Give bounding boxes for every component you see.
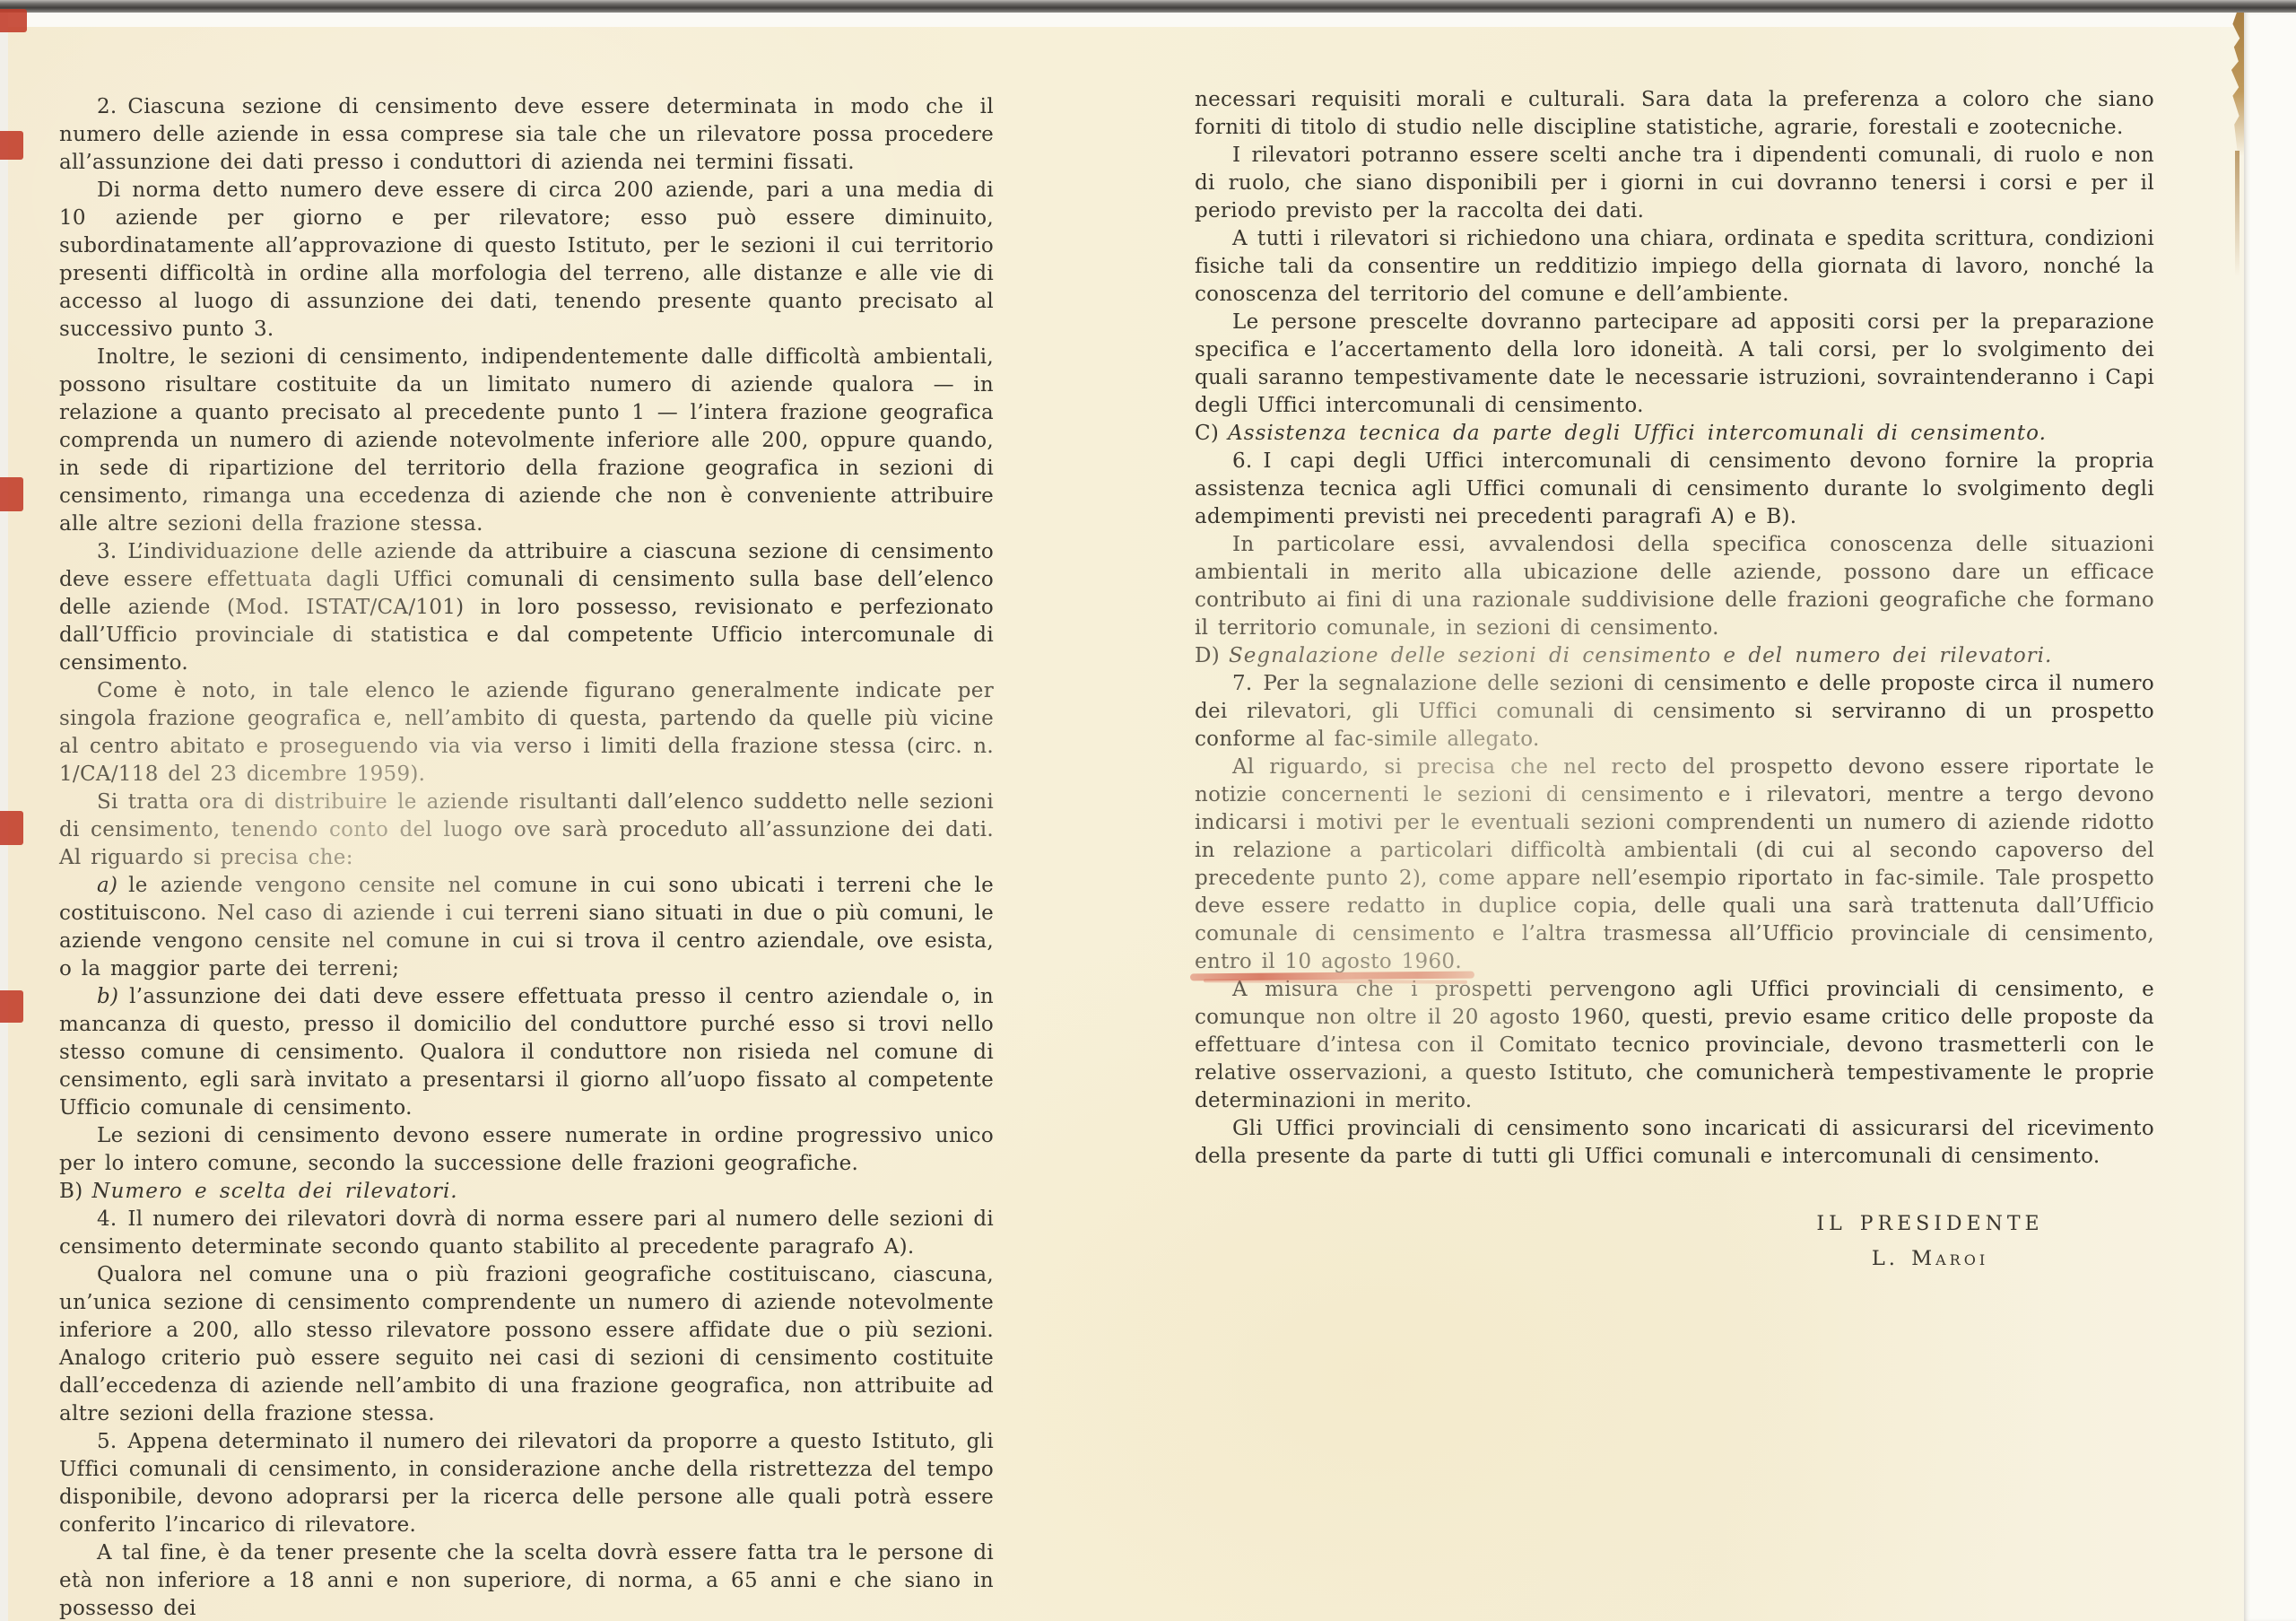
section-c-label: C) [1195,422,1219,445]
paragraph-6-particolare: In particolare essi, avvalendosi della s… [1195,531,2154,642]
paragraph-4-qualora: Qualora nel comune una o più frazioni ge… [59,1261,994,1428]
paragraph-tutti: A tutti i rilevatori si richiedono una c… [1195,225,2154,309]
signature-block: IL PRESIDENTE L. Maroi [1769,1210,2092,1273]
paragraph-2: 2. Ciascuna sezione di censimento deve e… [59,93,994,177]
section-c-title: Assistenza tecnica da parte degli Uffici… [1228,422,2047,445]
red-edge-mark [0,477,23,511]
paragraph-3-sezioni: Le sezioni di censimento devono essere n… [59,1122,994,1178]
right-column: necessari requisiti morali e culturali. … [1195,86,2154,1273]
paragraph-3-sitratta: Si tratta ora di distribuire le aziende … [59,789,994,872]
red-edge-mark [0,811,23,845]
paragraph-rilevatori: I rilevatori potranno essere scelti anch… [1195,142,2154,225]
paragraph-2-inoltre: Inoltre, le sezioni di censimento, indip… [59,344,994,538]
paper-edge-stain [2235,151,2239,276]
section-heading-c: C)Assistenza tecnica da parte degli Uffi… [1195,420,2154,448]
paragraph-7: 7. Per la segnalazione delle sezioni di … [1195,670,2154,754]
red-edge-mark [0,9,27,32]
scanned-page: 2. Ciascuna sezione di censimento deve e… [0,0,2296,1621]
section-heading-b: B)Numero e scelta dei rilevatori. [59,1178,994,1206]
paragraph-2-norma: Di norma detto numero deve essere di cir… [59,177,994,344]
hand-drawn-red-underline: entro il 10 agosto 1960. [1195,950,1462,973]
paragraph-3: 3. L’individuazione delle aziende da att… [59,538,994,677]
list-item-a-text: le aziende vengono censite nel comune in… [59,874,994,980]
paragraph-misura: A misura che i prospetti pervengono agli… [1195,976,2154,1115]
paper-right-edge [2244,13,2296,1621]
list-item-b: b) l’assunzione dei dati deve essere eff… [59,983,994,1122]
scanner-margin-top [0,13,2296,27]
paragraph-uffici-provinciali: Gli Uffici provinciali di censimento son… [1195,1115,2154,1171]
paragraph-5-talfine: A tal fine, è da tener presente che la s… [59,1539,994,1621]
red-edge-mark [0,990,23,1023]
list-item-b-label: b) [97,985,118,1008]
left-column: 2. Ciascuna sezione di censimento deve e… [59,93,994,1621]
section-heading-d: D)Segnalazione delle sezioni di censimen… [1195,642,2154,670]
list-item-b-text: l’assunzione dei dati deve essere effett… [59,985,994,1120]
paragraph-5-continuation: necessari requisiti morali e culturali. … [1195,86,2154,142]
paragraph-4: 4. Il numero dei rilevatori dovrà di nor… [59,1206,994,1261]
signature-role: IL PRESIDENTE [1769,1210,2092,1238]
signature-name: L. Maroi [1769,1245,2092,1273]
paragraph-persone: Le persone prescelte dovranno partecipar… [1195,309,2154,420]
paragraph-7-riguardo: Al riguardo, si precisa che nel recto de… [1195,754,2154,976]
section-d-label: D) [1195,644,1220,667]
list-item-a-label: a) [97,874,117,897]
tape-mark [2228,13,2244,156]
paragraph-3-come: Come è noto, in tale elenco le aziende f… [59,677,994,789]
paragraph-7-riguardo-text: Al riguardo, si precisa che nel recto de… [1195,755,2154,946]
paragraph-5: 5. Appena determinato il numero dei rile… [59,1428,994,1539]
section-d-title: Segnalazione delle sezioni di censimento… [1229,644,2052,667]
section-b-title: Numero e scelta dei rilevatori. [91,1180,457,1203]
section-b-label: B) [59,1180,83,1203]
list-item-a: a) le aziende vengono censite nel comune… [59,872,994,983]
red-edge-mark [0,131,23,160]
scanner-edge-band [0,0,2296,13]
paragraph-6: 6. I capi degli Uffici intercomunali di … [1195,448,2154,531]
